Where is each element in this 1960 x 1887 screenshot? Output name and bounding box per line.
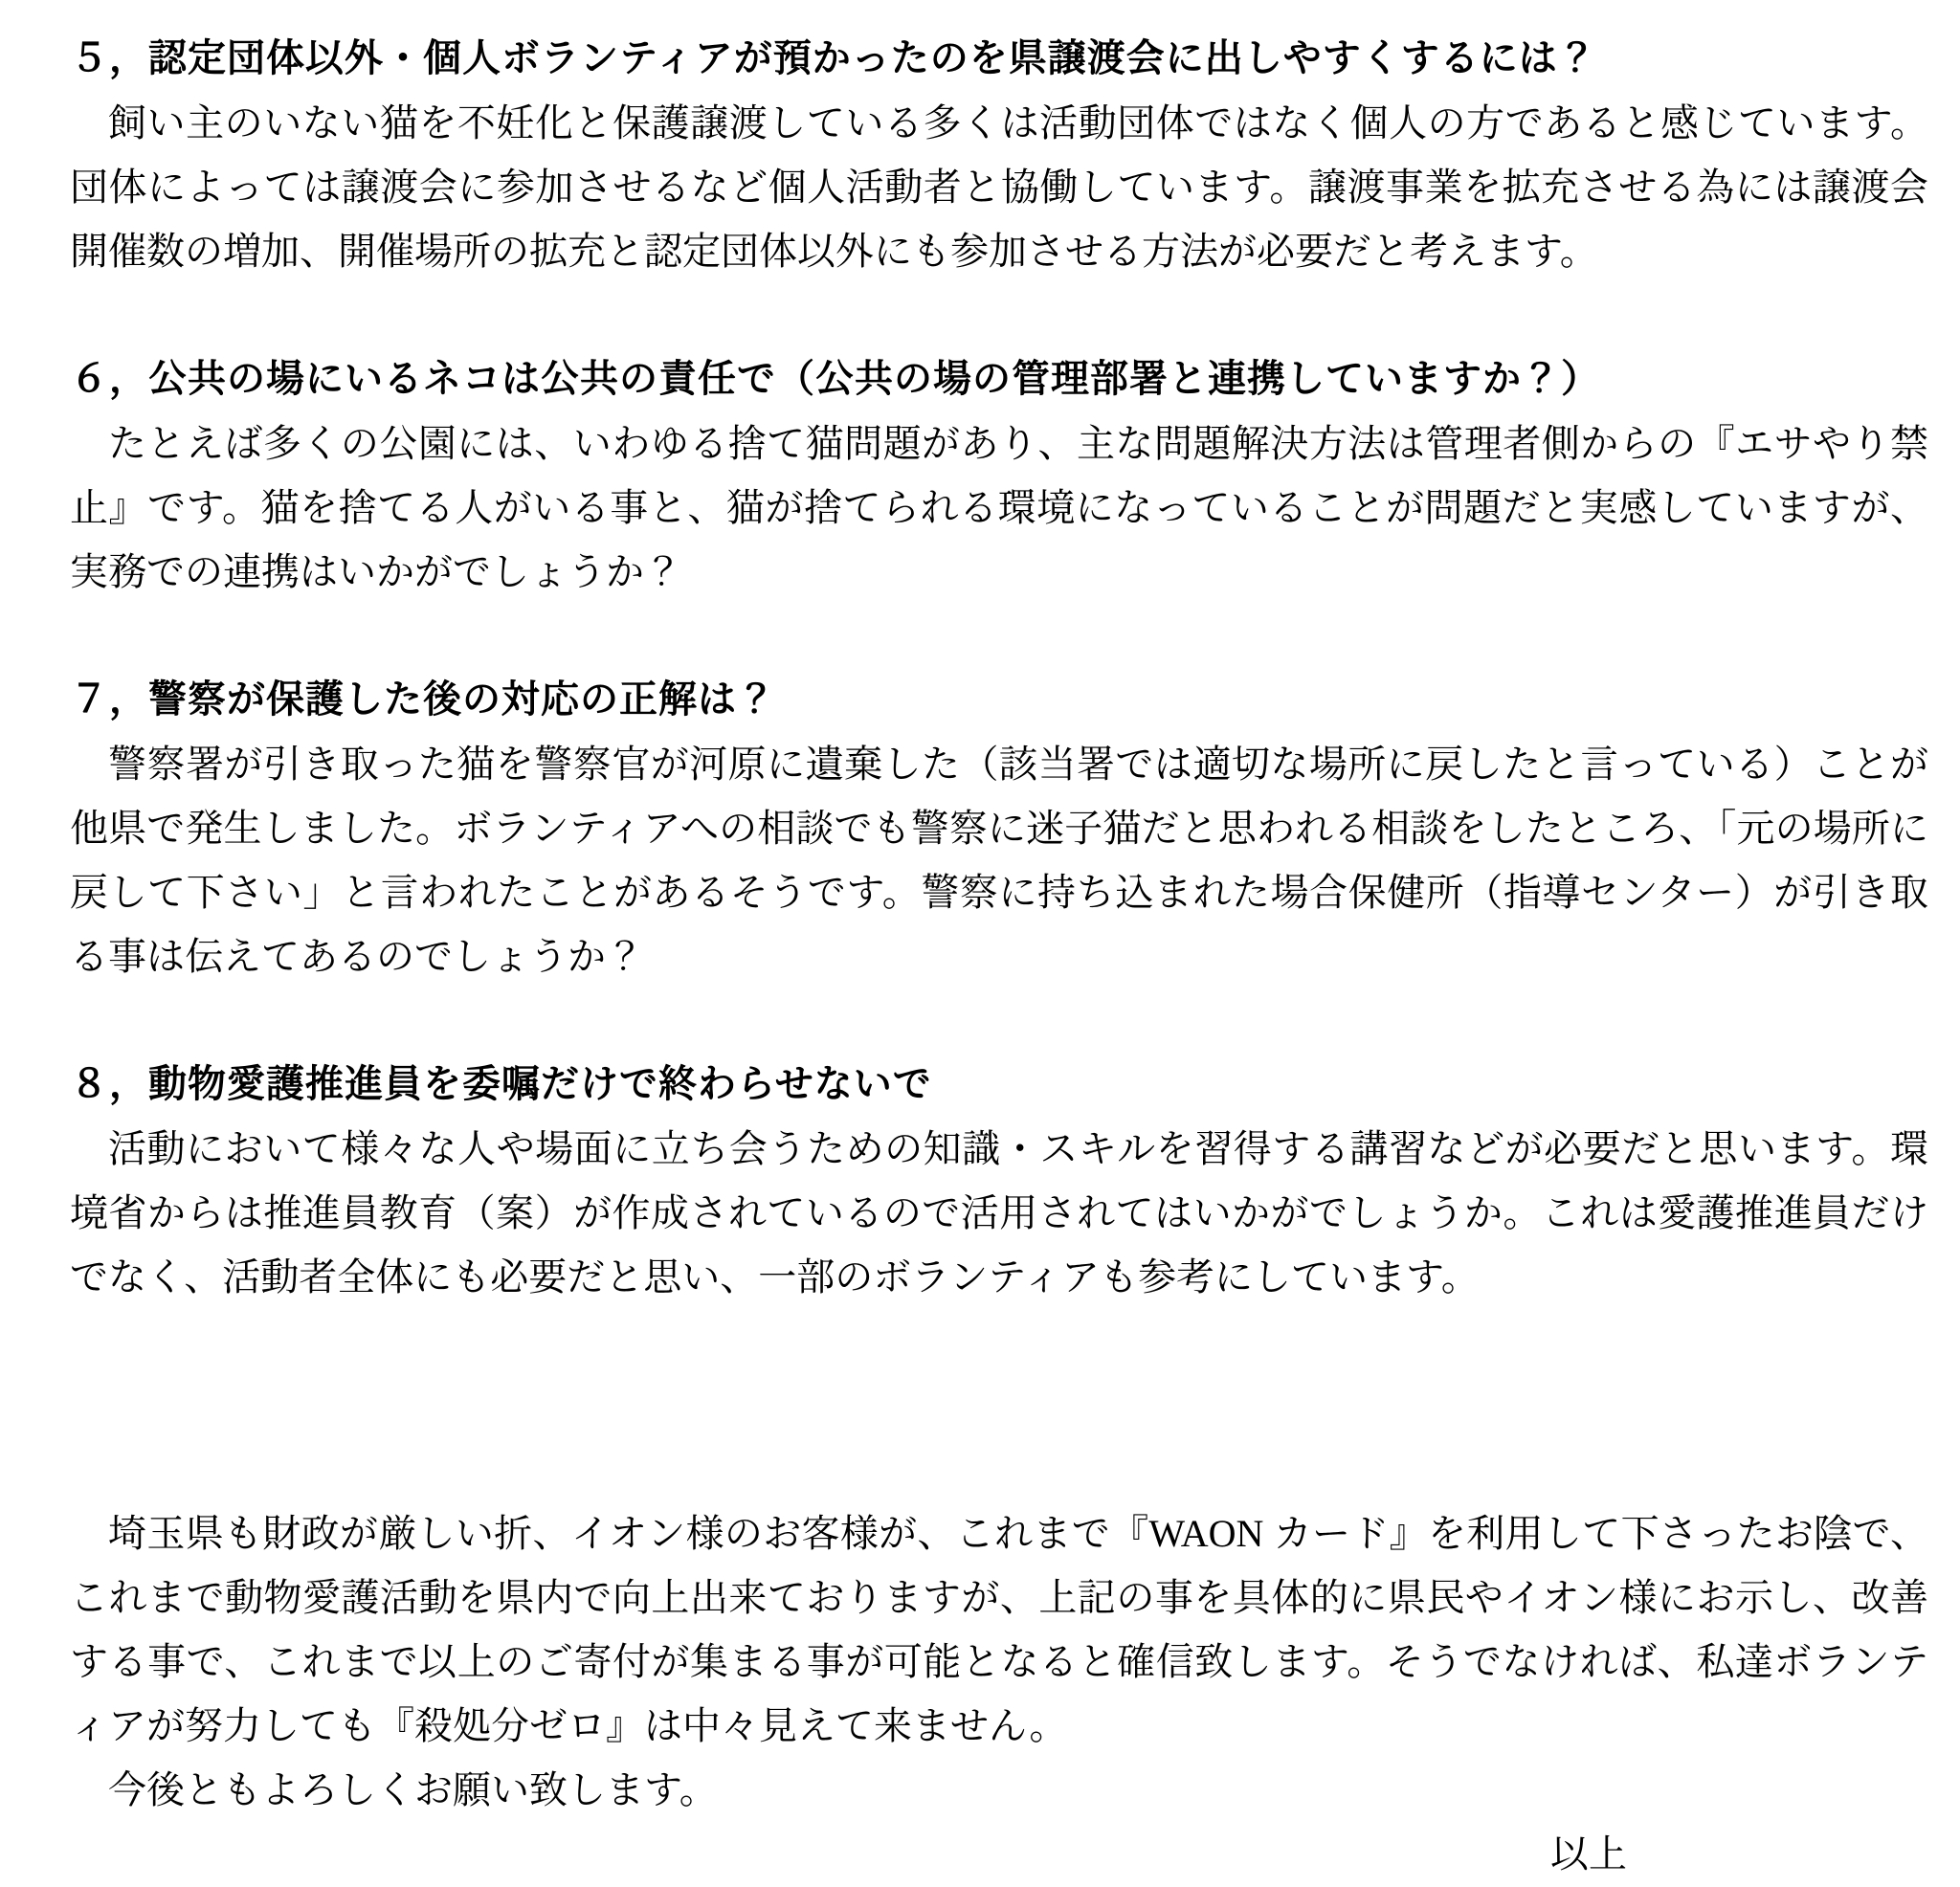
section-5-heading: ５，認定団体以外・個人ボランティアが預かったのを県譲渡会に出しやすくするには？	[70, 27, 1928, 91]
closing-paragraph: 埼玉県も財政が厳しい折、イオン様のお客様が、これまで『WAON カード』を利用し…	[70, 1501, 1928, 1758]
section-6-heading: ６，公共の場にいるネコは公共の責任で（公共の場の管理部署と連携していますか？）	[70, 347, 1928, 411]
section-7: ７，警察が保護した後の対応の正解は？ 警察署が引き取った猫を警察官が河原に遺棄し…	[70, 668, 1928, 988]
closing-farewell: 今後ともよろしくお願い致します。	[70, 1758, 1928, 1822]
section-5: ５，認定団体以外・個人ボランティアが預かったのを県譲渡会に出しやすくするには？ …	[70, 27, 1928, 283]
sign-off: 以上	[70, 1822, 1928, 1886]
closing-block: 埼玉県も財政が厳しい折、イオン様のお客様が、これまで『WAON カード』を利用し…	[70, 1501, 1928, 1886]
section-5-body: 飼い主のいない猫を不妊化と保護譲渡している多くは活動団体ではなく個人の方であると…	[70, 91, 1928, 283]
section-6-body: たとえば多くの公園には、いわゆる捨て猫問題があり、主な問題解決方法は管理者側から…	[70, 411, 1928, 604]
section-8-body: 活動において様々な人や場面に立ち会うための知識・スキルを習得する講習などが必要だ…	[70, 1117, 1928, 1309]
section-7-heading: ７，警察が保護した後の対応の正解は？	[70, 668, 1928, 732]
section-7-body: 警察署が引き取った猫を警察官が河原に遺棄した（該当署では適切な場所に戻したと言っ…	[70, 732, 1928, 988]
section-8: ８，動物愛護推進員を委嘱だけで終わらせないで 活動において様々な人や場面に立ち会…	[70, 1053, 1928, 1309]
section-6: ６，公共の場にいるネコは公共の責任で（公共の場の管理部署と連携していますか？） …	[70, 347, 1928, 604]
document-page: ５，認定団体以外・個人ボランティアが預かったのを県譲渡会に出しやすくするには？ …	[0, 0, 1960, 1887]
section-8-heading: ８，動物愛護推進員を委嘱だけで終わらせないで	[70, 1053, 1928, 1117]
